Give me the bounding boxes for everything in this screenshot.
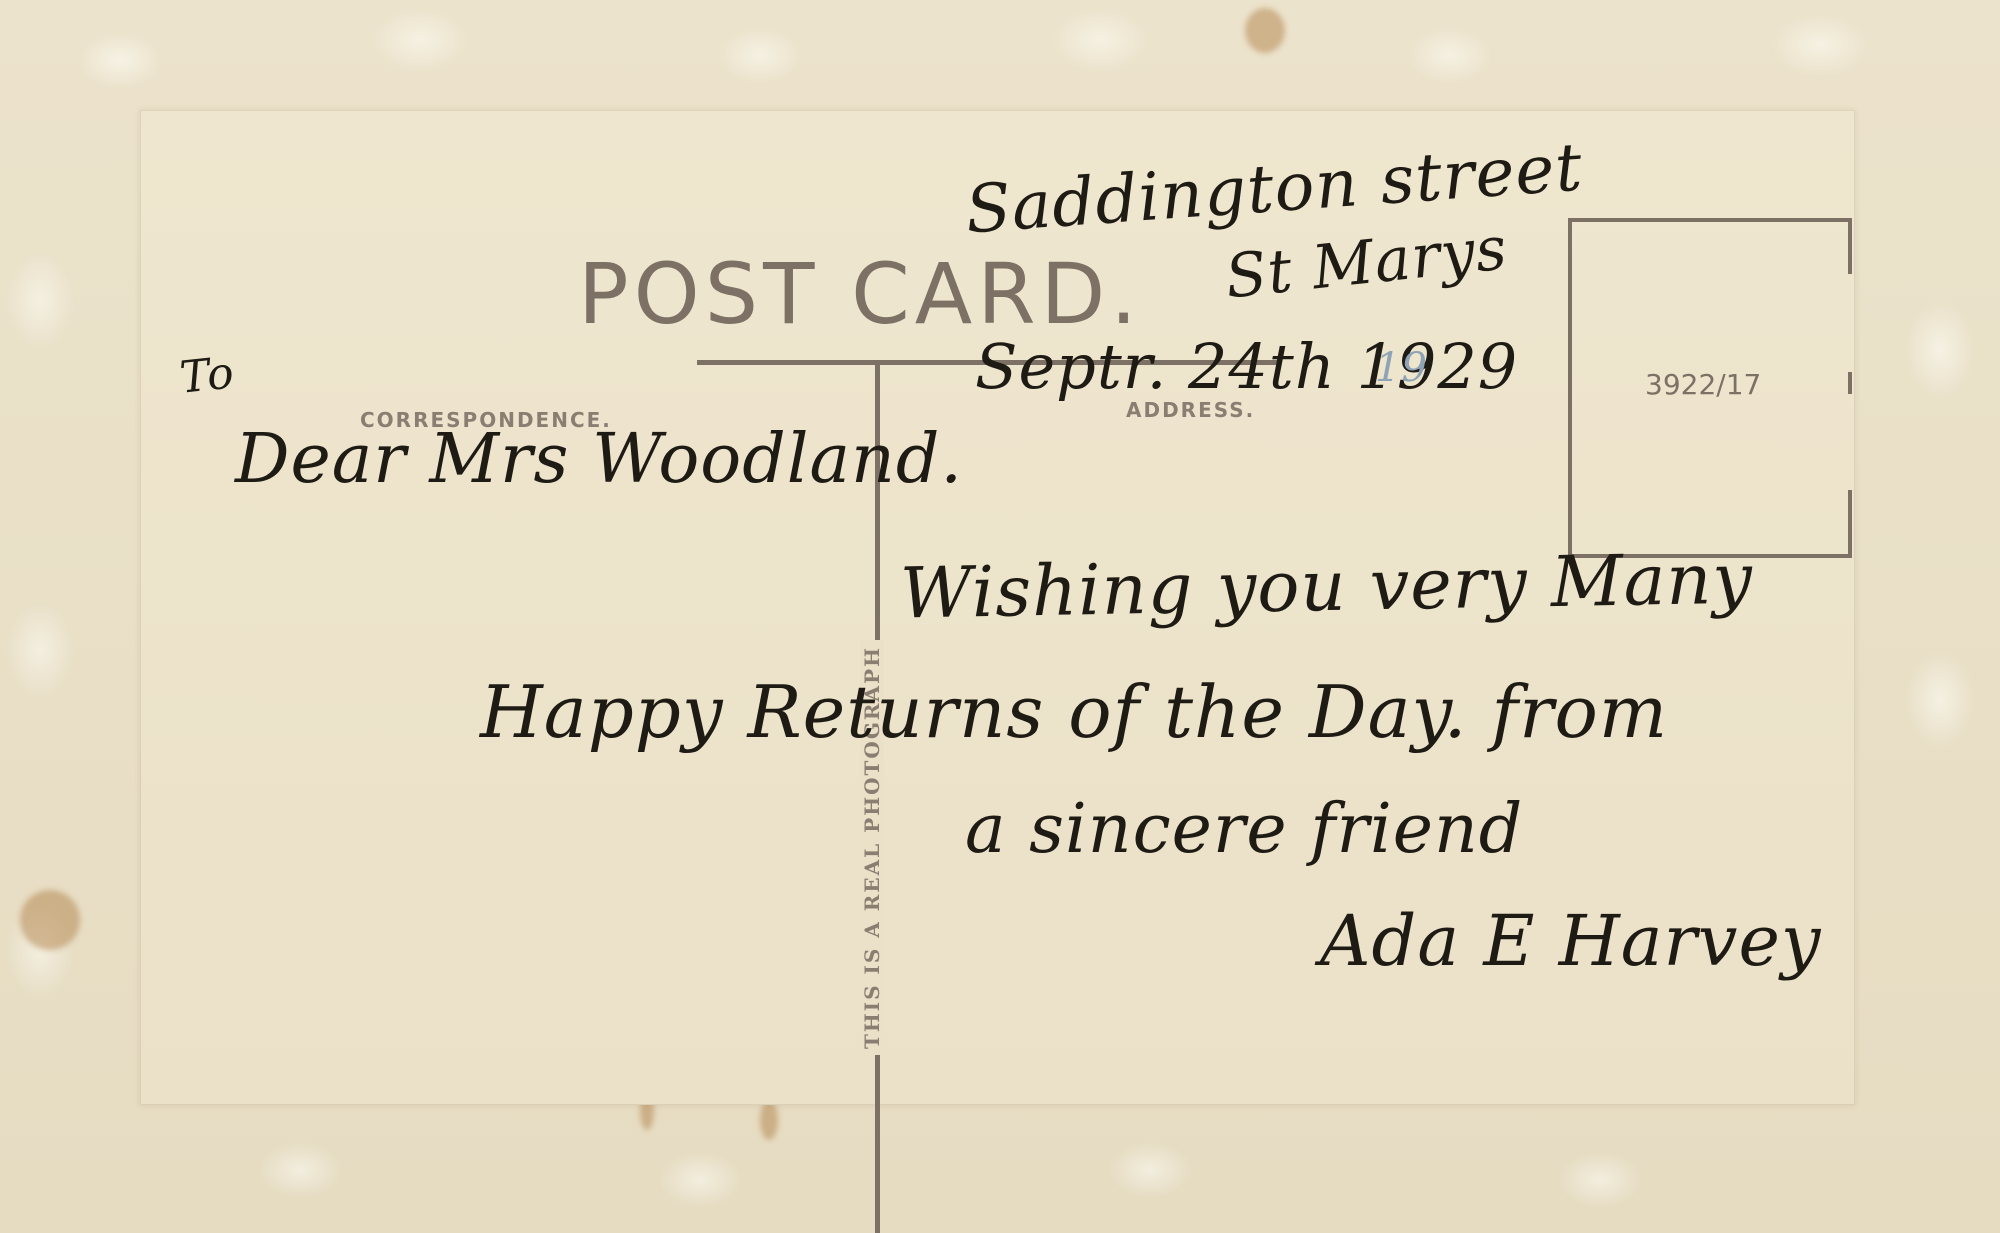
blue-pencil-mark: 19 <box>1375 345 1428 391</box>
handwritten-date: Septr. 24th 1929 <box>975 330 1518 403</box>
postcard-back: POST CARD. CORRESPONDENCE. ADDRESS. THIS… <box>0 0 2000 1233</box>
stamp-box-code: 3922/17 <box>1645 368 1761 401</box>
handwritten-signature: Ada E Harvey <box>1320 900 1821 982</box>
handwritten-to: To <box>177 347 236 403</box>
handwritten-message-line3: a sincere friend <box>965 790 1523 869</box>
postcard-title: POST CARD. <box>578 245 1142 343</box>
foxing-stain <box>760 1100 778 1140</box>
handwritten-message-line2: Happy Returns of the Day. from <box>480 670 1668 754</box>
foxing-stain <box>20 890 80 950</box>
foxing-stain <box>1245 8 1285 53</box>
handwritten-salutation: Dear Mrs Woodland. <box>235 420 963 499</box>
handwritten-message-line1: Wishing you very Many <box>899 538 1753 635</box>
